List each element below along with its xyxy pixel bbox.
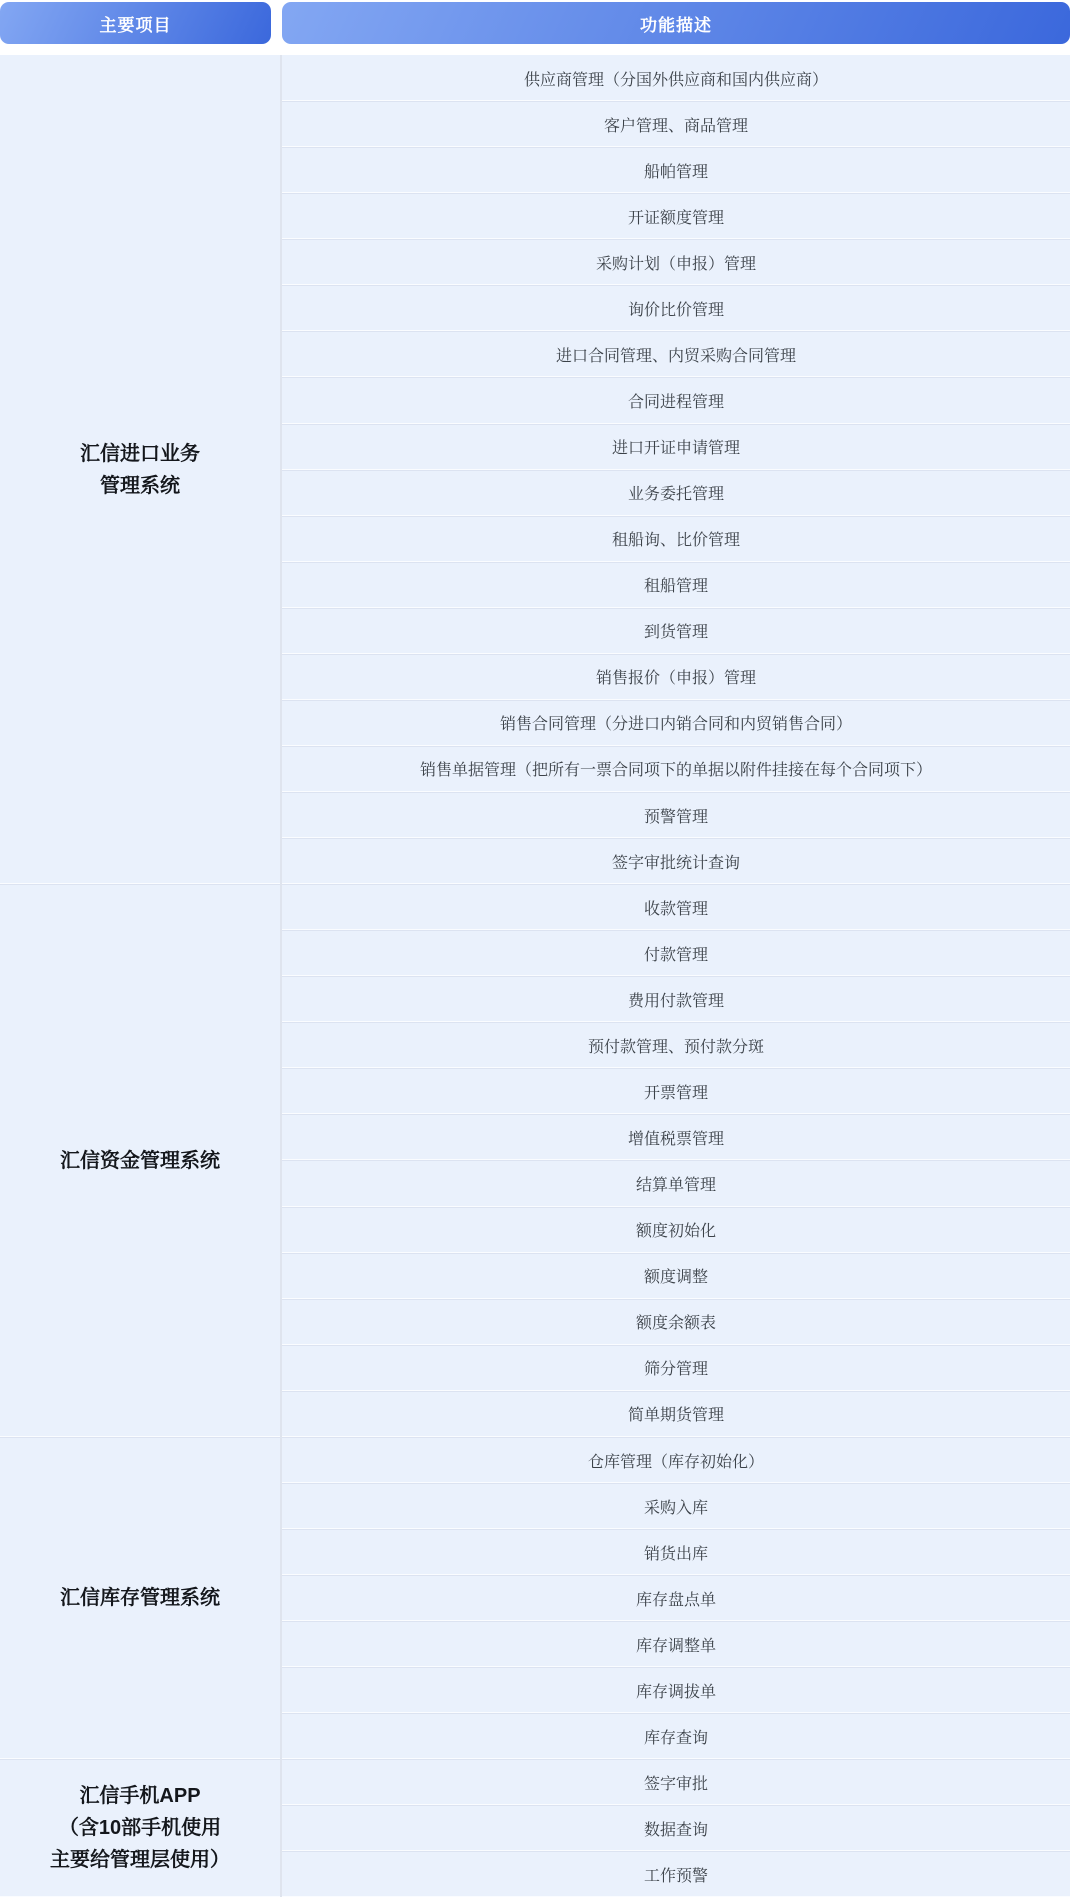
header-feature-description: 功能描述: [282, 2, 1070, 44]
project-label-line: 管理系统: [100, 470, 180, 502]
feature-row: 结算单管理: [282, 1160, 1070, 1206]
feature-row: 销货出库: [282, 1529, 1070, 1575]
feature-table: 主要项目 功能描述 汇信进口业务 管理系统 供应商管理（分国外供应商和国内供应商…: [0, 0, 1070, 1897]
project-cell: 汇信进口业务 管理系统: [0, 55, 282, 884]
project-label-line: 汇信进口业务: [80, 438, 200, 470]
feature-row: 签字审批统计查询: [282, 838, 1070, 884]
feature-row: 到货管理: [282, 608, 1070, 654]
project-label-line: 汇信库存管理系统: [60, 1582, 220, 1614]
feature-row: 库存盘点单: [282, 1575, 1070, 1621]
section-funds-management: 汇信资金管理系统 收款管理 付款管理 费用付款管理 预付款管理、预付款分斑 开票…: [0, 884, 1070, 1437]
feature-row: 付款管理: [282, 930, 1070, 976]
feature-row: 开票管理: [282, 1068, 1070, 1114]
feature-row: 额度调整: [282, 1253, 1070, 1299]
feature-row: 简单期货管理: [282, 1391, 1070, 1437]
feature-row: 筛分管理: [282, 1345, 1070, 1391]
table-body: 汇信进口业务 管理系统 供应商管理（分国外供应商和国内供应商） 客户管理、商品管…: [0, 55, 1070, 1897]
feature-row: 额度初始化: [282, 1207, 1070, 1253]
feature-row: 船帕管理: [282, 147, 1070, 193]
feature-row: 供应商管理（分国外供应商和国内供应商）: [282, 55, 1070, 101]
feature-row: 仓库管理（库存初始化）: [282, 1437, 1070, 1483]
feature-row: 库存查询: [282, 1713, 1070, 1759]
project-cell: 汇信资金管理系统: [0, 884, 282, 1437]
feature-row: 数据查询: [282, 1805, 1070, 1851]
feature-row: 询价比价管理: [282, 285, 1070, 331]
feature-row: 合同进程管理: [282, 377, 1070, 423]
section-mobile-app: 汇信手机APP （含10部手机使用 主要给管理层使用） 签字审批 数据查询 工作…: [0, 1759, 1070, 1897]
project-label-line: （含10部手机使用: [59, 1812, 221, 1844]
feature-row: 费用付款管理: [282, 976, 1070, 1022]
feature-list: 供应商管理（分国外供应商和国内供应商） 客户管理、商品管理 船帕管理 开证额度管…: [282, 55, 1070, 884]
section-inventory-management: 汇信库存管理系统 仓库管理（库存初始化） 采购入库 销货出库 库存盘点单 库存调…: [0, 1437, 1070, 1759]
feature-row: 销售报价（申报）管理: [282, 654, 1070, 700]
feature-row: 额度余额表: [282, 1299, 1070, 1345]
feature-row: 增值税票管理: [282, 1114, 1070, 1160]
feature-row: 采购入库: [282, 1483, 1070, 1529]
project-label-line: 汇信资金管理系统: [60, 1145, 220, 1177]
feature-row: 开证额度管理: [282, 193, 1070, 239]
feature-row: 预警管理: [282, 792, 1070, 838]
feature-row: 租船管理: [282, 562, 1070, 608]
project-label-line: 主要给管理层使用）: [50, 1844, 230, 1876]
feature-row: 销售合同管理（分进口内销合同和内贸销售合同）: [282, 700, 1070, 746]
feature-row: 进口开证申请管理: [282, 424, 1070, 470]
feature-list: 仓库管理（库存初始化） 采购入库 销货出库 库存盘点单 库存调整单 库存调拔单 …: [282, 1437, 1070, 1759]
header-main-project: 主要项目: [0, 2, 271, 44]
feature-row: 采购计划（申报）管理: [282, 239, 1070, 285]
feature-list: 收款管理 付款管理 费用付款管理 预付款管理、预付款分斑 开票管理 增值税票管理…: [282, 884, 1070, 1437]
feature-row: 进口合同管理、内贸采购合同管理: [282, 331, 1070, 377]
project-cell: 汇信手机APP （含10部手机使用 主要给管理层使用）: [0, 1759, 282, 1897]
section-import-business: 汇信进口业务 管理系统 供应商管理（分国外供应商和国内供应商） 客户管理、商品管…: [0, 55, 1070, 884]
feature-row: 业务委托管理: [282, 470, 1070, 516]
project-label-line: 汇信手机APP: [79, 1780, 200, 1812]
feature-row: 预付款管理、预付款分斑: [282, 1022, 1070, 1068]
feature-row: 收款管理: [282, 884, 1070, 930]
feature-row: 工作预警: [282, 1851, 1070, 1897]
feature-list: 签字审批 数据查询 工作预警: [282, 1759, 1070, 1897]
feature-row: 签字审批: [282, 1759, 1070, 1805]
feature-row: 库存调拔单: [282, 1667, 1070, 1713]
feature-row: 客户管理、商品管理: [282, 101, 1070, 147]
feature-row: 库存调整单: [282, 1621, 1070, 1667]
feature-row: 销售单据管理（把所有一票合同项下的单据以附件挂接在每个合同项下）: [282, 746, 1070, 792]
header-gap: [271, 2, 282, 44]
project-cell: 汇信库存管理系统: [0, 1437, 282, 1759]
feature-row: 租船询、比价管理: [282, 516, 1070, 562]
table-header: 主要项目 功能描述: [0, 0, 1070, 44]
